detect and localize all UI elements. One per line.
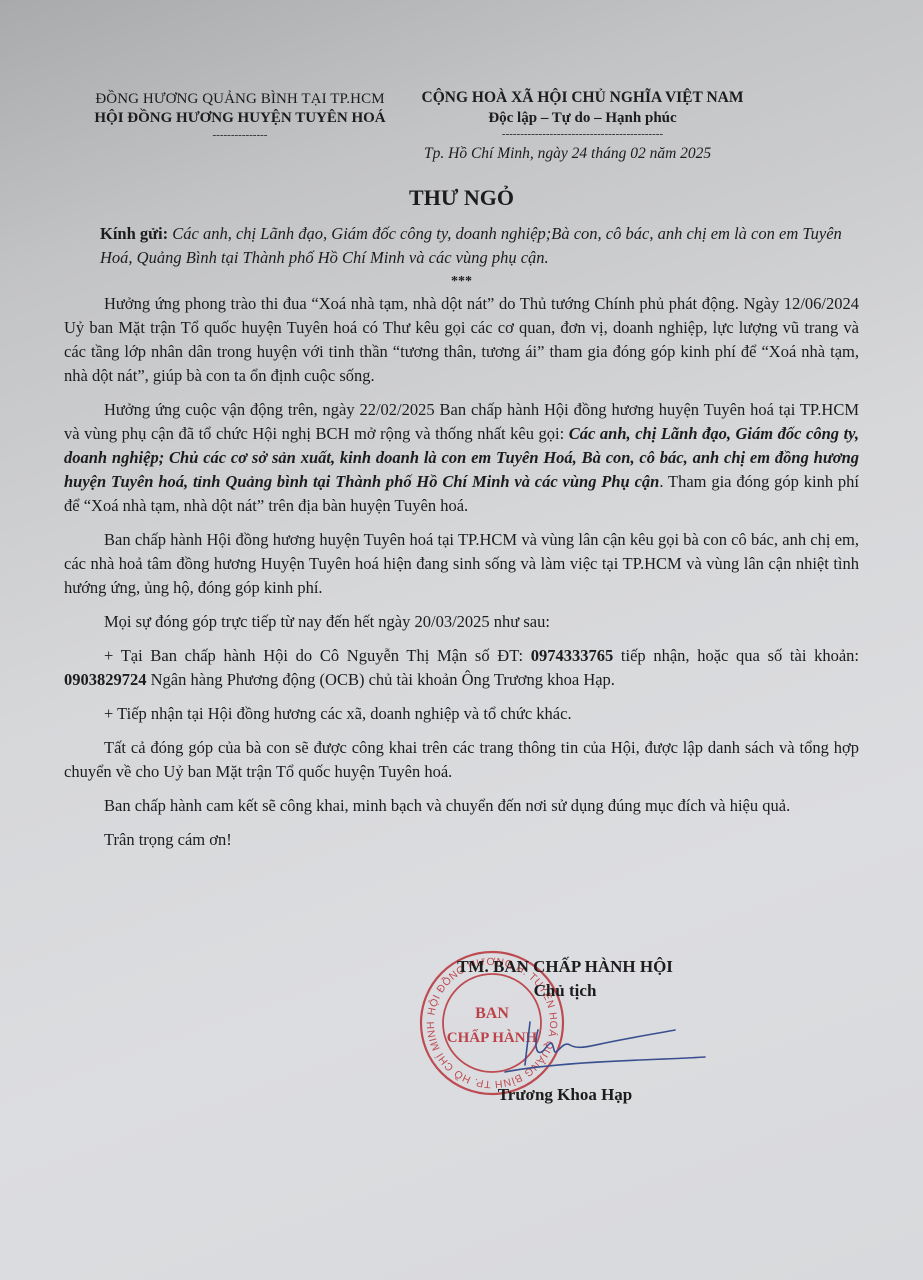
signer-role: Chủ tịch <box>420 979 710 1003</box>
signature-block: TM. BAN CHẤP HÀNH HỘI Chủ tịch Trương Kh… <box>420 955 710 1107</box>
nation-line-2: Độc lập – Tự do – Hạnh phúc <box>405 108 760 128</box>
paragraph-2: Hưởng ứng cuộc vận động trên, ngày 22/02… <box>64 398 859 518</box>
org-line-2: HỘI ĐỒNG HƯƠNG HUYỆN TUYÊN HOÁ <box>70 109 410 128</box>
item-1-text-a: + Tại Ban chấp hành Hội do Cô Nguyễn Thị… <box>104 646 531 665</box>
nation-line-1: CỘNG HOÀ XÃ HỘI CHỦ NGHĨA VIỆT NAM <box>405 88 760 108</box>
letter-page: ĐỒNG HƯƠNG QUẢNG BÌNH TẠI TP.HCM HỘI ĐỒN… <box>0 0 923 1280</box>
closing: Trân trọng cám ơn! <box>64 828 859 852</box>
letter-body: Hưởng ứng phong trào thi đua “Xoá nhà tạ… <box>64 292 859 862</box>
contribution-item-2: + Tiếp nhận tại Hội đồng hương các xã, d… <box>64 702 859 726</box>
signer-name: Trương Khoa Hạp <box>420 1083 710 1107</box>
national-header: CỘNG HOÀ XÃ HỘI CHỦ NGHĨA VIỆT NAM Độc l… <box>405 88 760 141</box>
item-1-text-c: Ngân hàng Phương động (OCB) chủ tài khoả… <box>147 670 615 689</box>
bank-account-number: 0903829724 <box>64 670 147 689</box>
paragraph-1: Hưởng ứng phong trào thi đua “Xoá nhà tạ… <box>64 292 859 388</box>
paragraph-6: Ban chấp hành cam kết sẽ công khai, minh… <box>64 794 859 818</box>
on-behalf-of: TM. BAN CHẤP HÀNH HỘI <box>420 955 710 979</box>
recipient-label: Kính gửi: <box>100 224 168 243</box>
letter-title: THƯ NGỎ <box>0 185 923 211</box>
paragraph-3: Ban chấp hành Hội đồng hương huyện Tuyên… <box>64 528 859 600</box>
section-separator: *** <box>0 274 923 290</box>
letter-date: Tp. Hồ Chí Minh, ngày 24 tháng 02 năm 20… <box>424 145 711 163</box>
nation-divider: ----------------------------------------… <box>405 128 760 141</box>
paragraph-5: Tất cả đóng góp của bà con sẽ được công … <box>64 736 859 784</box>
paragraph-4: Mọi sự đóng góp trực tiếp từ nay đến hết… <box>64 610 859 634</box>
recipient-text: Các anh, chị Lãnh đạo, Giám đốc công ty,… <box>100 224 842 267</box>
item-1-text-b: tiếp nhận, hoặc qua số tài khoản: <box>613 646 859 665</box>
organization-header: ĐỒNG HƯƠNG QUẢNG BÌNH TẠI TP.HCM HỘI ĐỒN… <box>70 90 410 142</box>
org-divider: --------------- <box>70 128 410 142</box>
contact-phone: 0974333765 <box>531 646 614 665</box>
contribution-item-1: + Tại Ban chấp hành Hội do Cô Nguyễn Thị… <box>64 644 859 692</box>
recipient-block: Kính gửi: Các anh, chị Lãnh đạo, Giám đố… <box>100 222 860 270</box>
org-line-1: ĐỒNG HƯƠNG QUẢNG BÌNH TẠI TP.HCM <box>70 90 410 109</box>
